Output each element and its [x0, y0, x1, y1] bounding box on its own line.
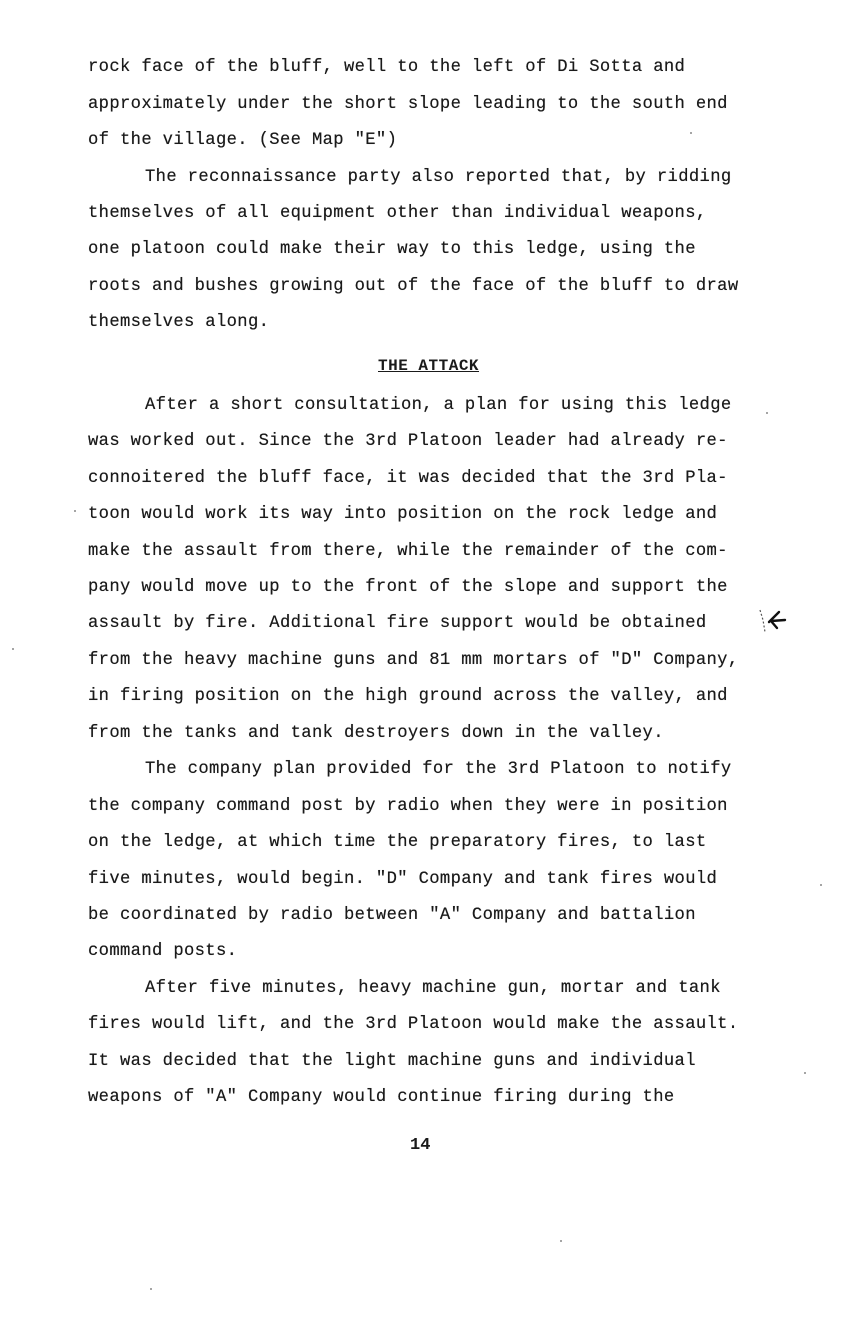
text-line: of the village. (See Map "E")	[88, 131, 397, 151]
text-line: command posts.	[88, 942, 237, 962]
section-heading: THE ATTACK	[378, 356, 479, 376]
text-line: from the tanks and tank destroyers down …	[88, 724, 664, 744]
text-line: pany would move up to the front of the s…	[88, 578, 728, 598]
scan-speck	[820, 884, 822, 886]
text-line: toon would work its way into position on…	[88, 505, 717, 525]
text-line: After a short consultation, a plan for u…	[145, 396, 732, 416]
text-line: was worked out. Since the 3rd Platoon le…	[88, 432, 728, 452]
text-line: on the ledge, at which time the preparat…	[88, 833, 707, 853]
text-line: After five minutes, heavy machine gun, m…	[145, 979, 721, 999]
text-line: The reconnaissance party also reported t…	[145, 168, 732, 188]
text-line: one platoon could make their way to this…	[88, 240, 696, 260]
text-line: weapons of "A" Company would continue fi…	[88, 1088, 675, 1108]
text-line: connoitered the bluff face, it was decid…	[88, 469, 728, 489]
text-line: It was decided that the light machine gu…	[88, 1052, 696, 1072]
text-line: assault by fire. Additional fire support…	[88, 614, 707, 634]
document-page: rock face of the bluff, well to the left…	[0, 0, 850, 1324]
text-line: five minutes, would begin. "D" Company a…	[88, 870, 717, 890]
text-line: the company command post by radio when t…	[88, 797, 728, 817]
scan-speck	[150, 1288, 152, 1290]
page-number: 14	[410, 1136, 430, 1156]
scan-speck	[804, 1072, 806, 1074]
text-line: from the heavy machine guns and 81 mm mo…	[88, 651, 739, 671]
text-line: be coordinated by radio between "A" Comp…	[88, 906, 696, 926]
text-line: roots and bushes growing out of the face…	[88, 277, 739, 297]
text-line: rock face of the bluff, well to the left…	[88, 58, 685, 78]
text-line: approximately under the short slope lead…	[88, 95, 728, 115]
text-line: in firing position on the high ground ac…	[88, 687, 728, 707]
text-line: themselves along.	[88, 313, 269, 333]
scan-speck	[12, 648, 14, 650]
text-line: The company plan provided for the 3rd Pl…	[145, 760, 732, 780]
text-line: fires would lift, and the 3rd Platoon wo…	[88, 1015, 739, 1035]
scan-speck	[560, 1240, 562, 1242]
check-mark-icon	[757, 608, 787, 636]
scan-speck	[690, 132, 692, 134]
text-line: themselves of all equipment other than i…	[88, 204, 707, 224]
text-line: make the assault from there, while the r…	[88, 542, 728, 562]
scan-speck	[74, 510, 76, 512]
scan-speck	[766, 412, 768, 414]
